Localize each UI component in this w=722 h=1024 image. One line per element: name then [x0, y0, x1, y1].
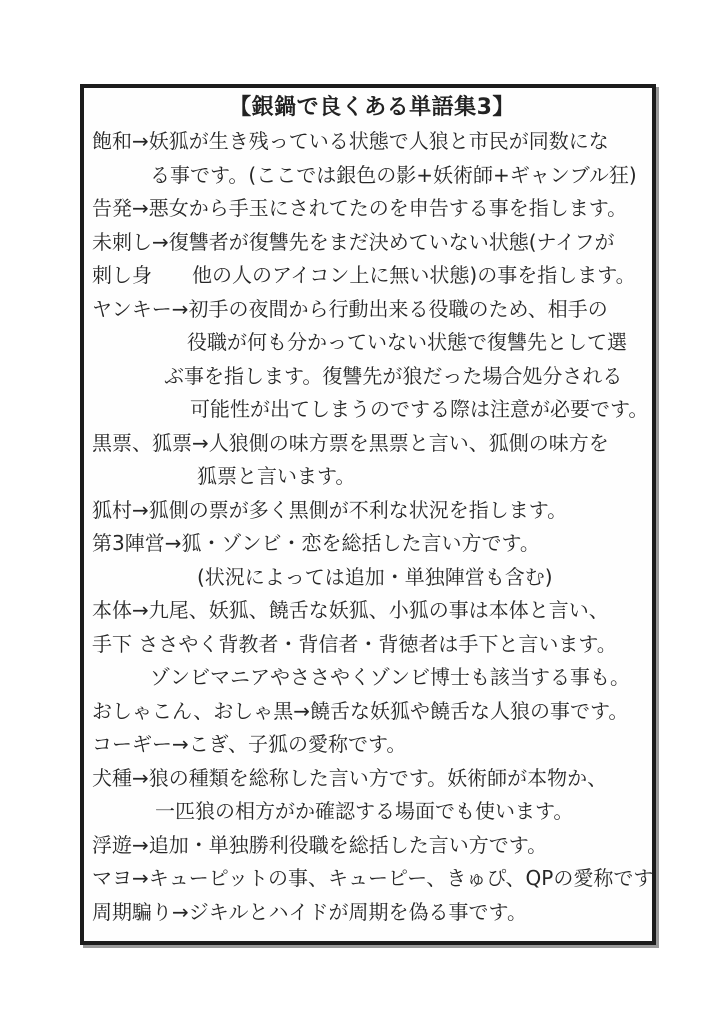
glossary-line: 刺し身 他の人のアイコン上に無い状態)の事を指します。: [92, 259, 652, 293]
glossary-line: 役職が何も分かっていない状態で復讐先として選: [92, 326, 652, 360]
page-title: 【銀鍋で良くある単語集3】: [92, 92, 652, 124]
glossary-line: 本体→九尾、妖狐、饒舌な妖狐、小狐の事は本体と言い、: [92, 594, 652, 628]
glossary-line: 浮遊→追加・単独勝利役職を総括した言い方です。: [92, 829, 652, 863]
glossary-line: (状況によっては追加・単独陣営も含む): [92, 561, 652, 595]
glossary-line: ゾンビマニアやささやくゾンビ博士も該当する事も。: [92, 661, 652, 695]
glossary-line: 手下 ささやく背教者・背信者・背徳者は手下と言います。: [92, 628, 652, 662]
glossary-line: 飽和→妖狐が生き残っている状態で人狼と市民が同数にな: [92, 125, 652, 159]
glossary-line: ぶ事を指します。復讐先が狼だった場合処分される: [92, 360, 652, 394]
glossary-line: る事です。(ここでは銀色の影+妖術師+ギャンブル狂): [92, 159, 652, 193]
document-page: 【銀鍋で良くある単語集3】 飽和→妖狐が生き残っている状態で人狼と市民が同数にな…: [0, 0, 722, 1024]
glossary-line: 狐票と言います。: [92, 460, 652, 494]
glossary-line: 犬種→狼の種類を総称した言い方です。妖術師が本物か、: [92, 762, 652, 796]
glossary-line: ヤンキー→初手の夜間から行動出来る役職のため、相手の: [92, 293, 652, 327]
glossary-line: 未刺し→復讐者が復讐先をまだ決めていない状態(ナイフが: [92, 226, 652, 260]
glossary-line: 黒票、狐票→人狼側の味方票を黒票と言い、狐側の味方を: [92, 427, 652, 461]
glossary-lines: 飽和→妖狐が生き残っている状態で人狼と市民が同数になる事です。(ここでは銀色の影…: [92, 125, 652, 929]
glossary-line: 一匹狼の相方がか確認する場面でも使います。: [92, 795, 652, 829]
glossary-line: 第3陣営→狐・ゾンビ・恋を総括した言い方です。: [92, 527, 652, 561]
glossary-line: コーギー→こぎ、子狐の愛称です。: [92, 728, 652, 762]
glossary-line: 告発→悪女から手玉にされてたのを申告する事を指します。: [92, 192, 652, 226]
glossary-line: 周期騙り→ジキルとハイドが周期を偽る事です。: [92, 896, 652, 930]
glossary-line: 可能性が出てしまうのでする際は注意が必要です。: [92, 393, 652, 427]
glossary-line: 狐村→狐側の票が多く黒側が不利な状況を指します。: [92, 494, 652, 528]
glossary-line: マヨ→キューピットの事、キューピー、きゅぴ、QPの愛称です。: [92, 862, 652, 896]
glossary-line: おしゃこん、おしゃ黒→饒舌な妖狐や饒舌な人狼の事です。: [92, 695, 652, 729]
glossary-frame: 【銀鍋で良くある単語集3】 飽和→妖狐が生き残っている状態で人狼と市民が同数にな…: [80, 84, 656, 945]
